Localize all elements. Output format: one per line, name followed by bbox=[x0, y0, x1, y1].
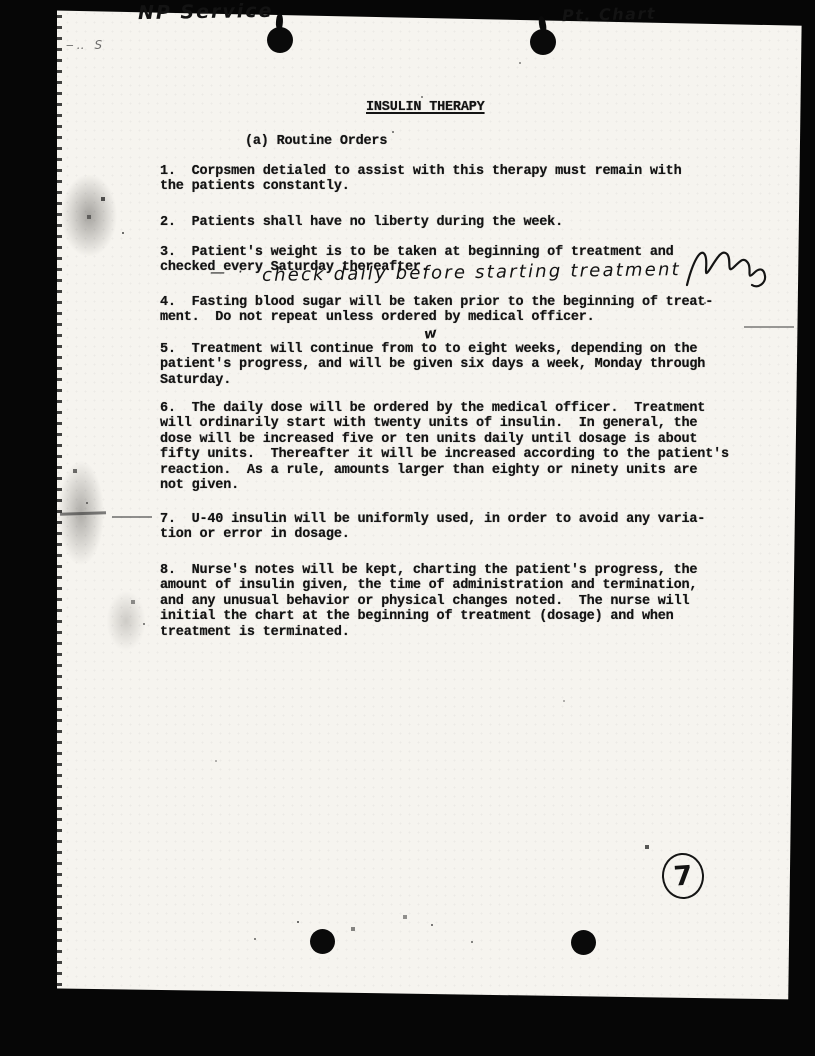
handwritten-signature-initials bbox=[684, 243, 768, 297]
hole-punch-top-right bbox=[530, 29, 556, 55]
margin-dash-mark bbox=[744, 326, 794, 328]
order-item-5: 5. Treatment will continue from to to ei… bbox=[160, 342, 786, 388]
order-item-7: 7. U-40 insulin will be uniformly used, … bbox=[160, 512, 786, 543]
hole-punch-bottom-right bbox=[571, 930, 596, 955]
scan-smudge bbox=[98, 578, 154, 664]
scan-edge-right bbox=[786, 0, 815, 1056]
hole-punch-bottom-left bbox=[310, 929, 335, 954]
handwritten-pt-chart-label: Pt. Chart bbox=[562, 4, 656, 25]
handwritten-note-dash: — · bbox=[210, 263, 247, 281]
order-item-2: 2. Patients shall have no liberty during… bbox=[160, 215, 786, 230]
handwritten-word-correction: w bbox=[423, 325, 438, 343]
order-item-4: 4. Fasting blood sugar will be taken pri… bbox=[160, 295, 786, 326]
order-item-8: 8. Nurse's notes will be kept, charting … bbox=[160, 563, 786, 640]
handwritten-check-daily-note: check daily before starting treatment bbox=[262, 259, 681, 286]
scan-edge-top bbox=[0, 0, 815, 26]
page-number: 7 bbox=[673, 860, 694, 892]
document-title: INSULIN THERAPY bbox=[366, 100, 485, 115]
order-item-1: 1. Corpsmen detialed to assist with this… bbox=[160, 164, 786, 195]
scanned-document-page: NP Service Pt. Chart ‒‥ S — · check dail… bbox=[0, 0, 815, 1056]
scan-edge-left bbox=[0, 0, 57, 1056]
hole-punch-top-left bbox=[267, 27, 293, 53]
section-heading: (a) Routine Orders bbox=[245, 134, 387, 149]
handwritten-margin-scribble: ‒‥ S bbox=[66, 38, 105, 52]
margin-dash-mark bbox=[60, 511, 106, 515]
scan-edge-bottom bbox=[0, 980, 815, 1056]
handwritten-page-number-circled: 7 bbox=[660, 852, 705, 901]
order-item-6: 6. The daily dose will be ordered by the… bbox=[160, 401, 786, 493]
margin-dash-mark bbox=[112, 516, 152, 518]
handwritten-np-service-label: NP Service bbox=[138, 0, 274, 24]
